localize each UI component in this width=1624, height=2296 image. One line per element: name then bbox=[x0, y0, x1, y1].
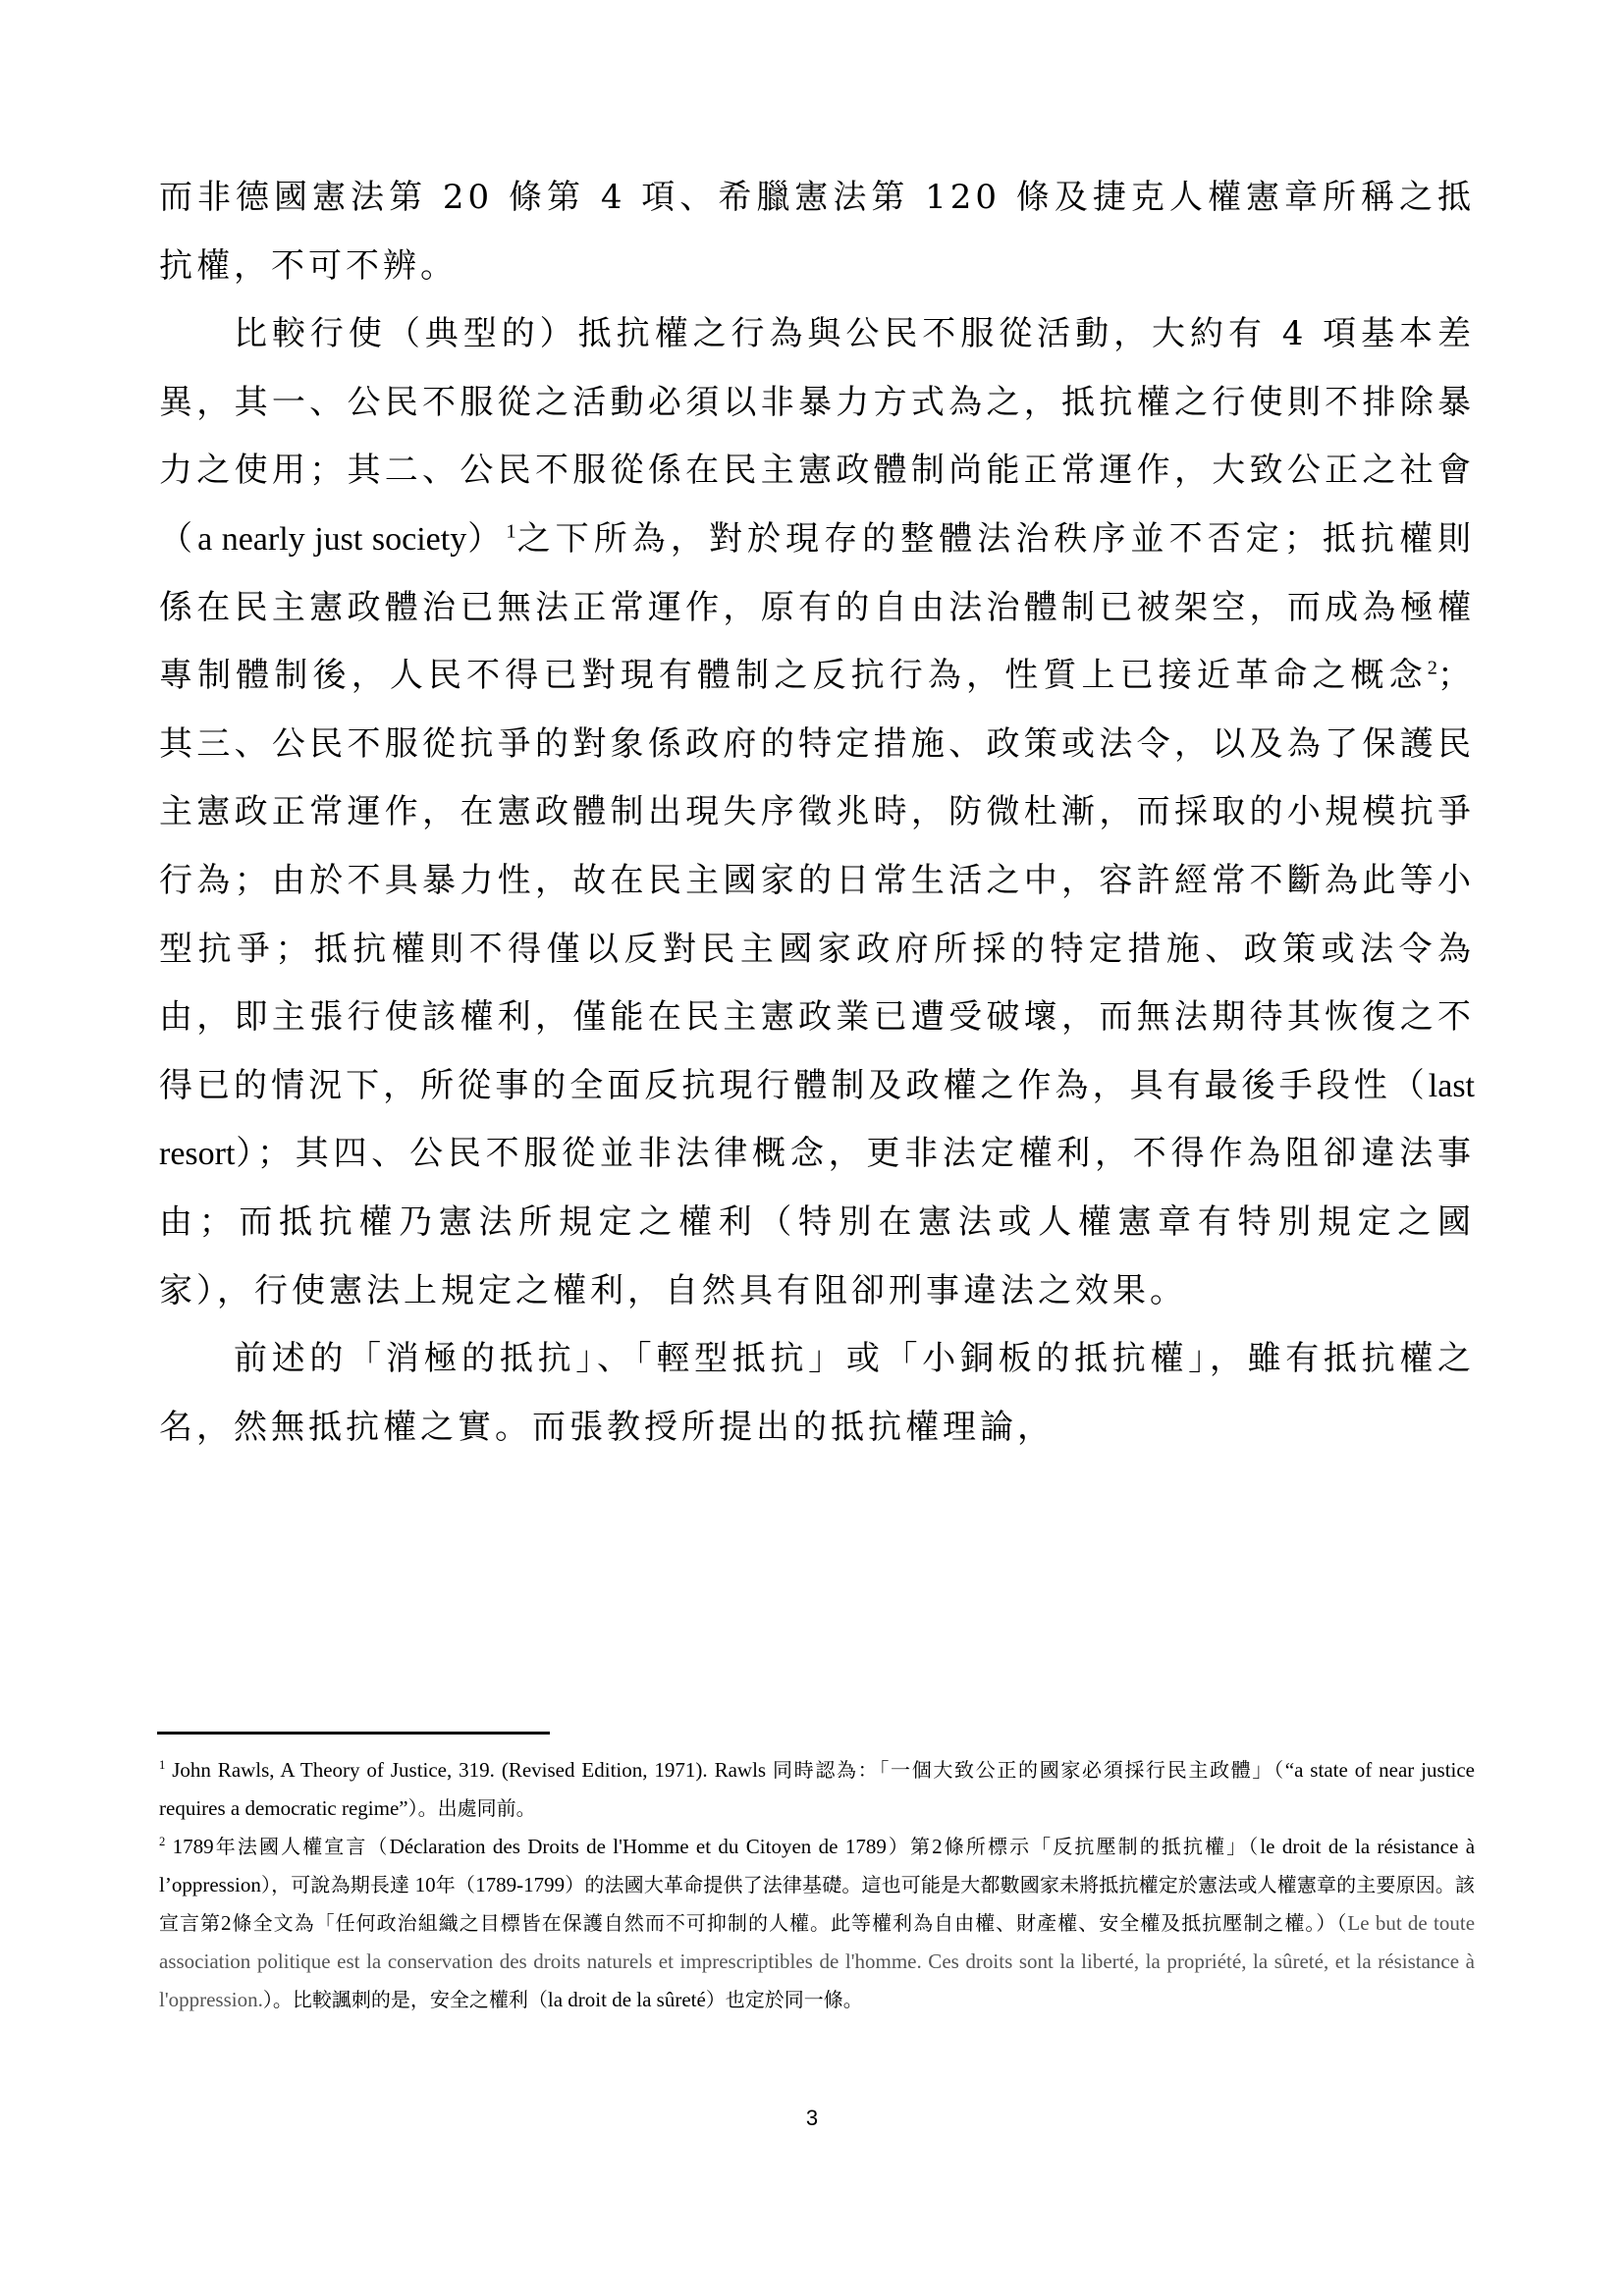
footnote-marker: 2 bbox=[159, 1835, 165, 1848]
footnote-1-citation: John Rawls, A Theory of Justice, 319. (R… bbox=[172, 1758, 766, 1782]
footnote-2-article-number: 2 bbox=[932, 1835, 943, 1858]
paragraph-2-part2: ） bbox=[466, 519, 506, 559]
footnote-marker: 1 bbox=[159, 1758, 165, 1772]
latin-phrase-nearly-just-society: a nearly just society bbox=[197, 521, 466, 558]
paragraph-2-part5: ）；其四、公民不服從並非法律概念，更非法定權利，不得作為阻卻違法事由；而抵抗權乃… bbox=[159, 1134, 1475, 1309]
footnote-2: 2 1789年法國人權宣言（Déclaration des Droits de … bbox=[159, 1828, 1475, 2019]
footnote-2-text-end: ）也定於同一條。 bbox=[706, 1988, 863, 2011]
footnote-2-period: 1789-1799 bbox=[475, 1873, 565, 1896]
footnote-2-article-number: 2 bbox=[221, 1911, 232, 1935]
paragraph-2: 比較行使（典型的）抵抗權之行為與公民不服從活動，大約有 4 項基本差異，其一、公… bbox=[159, 300, 1475, 1325]
footnote-2-text: 年法國人權宣言（ bbox=[214, 1835, 390, 1858]
footnote-2-years-count: 10 bbox=[415, 1873, 436, 1896]
footnotes: 1 John Rawls, A Theory of Justice, 319. … bbox=[159, 1751, 1475, 2019]
footnote-1-text-end: ）。出處同前。 bbox=[408, 1796, 536, 1820]
footnote-2-declaration-title: Déclaration des Droits de l'Homme et du … bbox=[390, 1835, 887, 1858]
footnote-separator bbox=[157, 1732, 550, 1735]
footnote-1-text: 同時認為：「一個大致公正的國家必須採行民主政體」（ bbox=[773, 1758, 1285, 1782]
document-page: 而非德國憲法第 20 條第 4 項、希臘憲法第 120 條及捷克人權憲章所稱之抵… bbox=[0, 0, 1624, 2296]
paragraph-3: 前述的「消極的抵抗」、「輕型抵抗」或「小銅板的抵抗權」，雖有抵抗權之名，然無抵抗… bbox=[159, 1325, 1475, 1462]
paragraph-3-text: 前述的「消極的抵抗」、「輕型抵抗」或「小銅板的抵抗權」，雖有抵抗權之名，然無抵抗… bbox=[159, 1339, 1475, 1447]
footnote-1: 1 John Rawls, A Theory of Justice, 319. … bbox=[159, 1751, 1475, 1828]
footnote-ref-2[interactable]: 2 bbox=[1428, 658, 1437, 679]
footnote-ref-1[interactable]: 1 bbox=[506, 521, 515, 543]
footnote-2-text: ）第 bbox=[887, 1835, 932, 1858]
paragraph-1-text: 而非德國憲法第 20 條第 4 項、希臘憲法第 120 條及捷克人權憲章所稱之抵… bbox=[159, 178, 1475, 286]
paragraph-2-part4: ；其三、公民不服從抗爭的對象係政府的特定措施、政策或法令，以及為了保護民主憲政正… bbox=[159, 656, 1475, 1105]
footnote-2-text: ）。比較諷刺的是，安全之權利（ bbox=[263, 1988, 548, 2011]
paragraph-1: 而非德國憲法第 20 條第 4 項、希臘憲法第 120 條及捷克人權憲章所稱之抵… bbox=[159, 164, 1475, 300]
footnote-2-french-phrase: la droit de la sûreté bbox=[548, 1988, 706, 2011]
page-number: 3 bbox=[0, 2104, 1624, 2133]
footnote-2-text: 條全文為「任何政治組織之目標皆在保護自然而不可抑制的人權。此等權利為自由權、財產… bbox=[232, 1911, 1348, 1935]
footnote-2-text: ），可說為期長達 bbox=[261, 1873, 409, 1896]
footnote-2-year: 1789 bbox=[173, 1835, 214, 1858]
footnote-2-text: 條所標示「反抗壓制的抵抗權」（ bbox=[943, 1835, 1261, 1858]
footnote-2-text: 年（ bbox=[436, 1873, 475, 1896]
body-text: 而非德國憲法第 20 條第 4 項、希臘憲法第 120 條及捷克人權憲章所稱之抵… bbox=[159, 164, 1475, 1462]
